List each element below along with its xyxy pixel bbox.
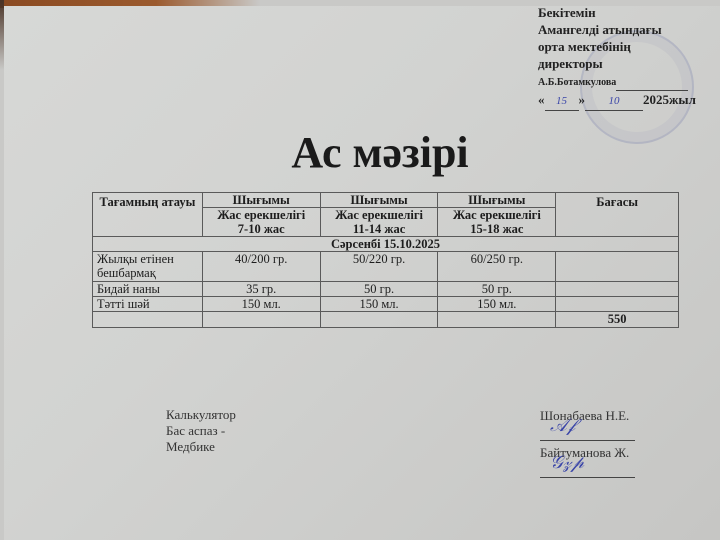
- header-dish-name: Тағамның атауы: [93, 193, 203, 237]
- header-age-group-1: Жас ерекшелігі7-10 жас: [202, 208, 320, 237]
- signature-line-2: 𝒢𝓏𝓅: [540, 461, 635, 478]
- portion-7-10: 40/200 гр.: [202, 252, 320, 282]
- approval-line-1: Бекітемін: [538, 4, 718, 21]
- approval-block: Бекітемін Амангелді атындағы орта мектеб…: [538, 4, 718, 111]
- header-age-group-2: Жас ерекшелігі11-14 жас: [320, 208, 438, 237]
- footer-roles: Калькулятор Бас аспаз - Медбике: [166, 407, 236, 455]
- price: [556, 282, 679, 297]
- portion-7-10: 150 мл.: [202, 297, 320, 312]
- date-day: 15: [556, 95, 567, 107]
- role-calculator: Калькулятор: [166, 407, 236, 423]
- portion-11-14: 50/220 гр.: [320, 252, 438, 282]
- total-row: 550: [93, 312, 679, 328]
- director-name: А.Б.Ботамкулова: [538, 77, 616, 88]
- approval-line-3: орта мектебінің: [538, 38, 718, 55]
- header-age-group-3: Жас ерекшелігі15-18 жас: [438, 208, 556, 237]
- header-row-1: Тағамның атауы Шығымы Шығымы Шығымы Баға…: [93, 193, 679, 208]
- date-year: 2025жыл: [643, 92, 696, 107]
- document-title: Ас мәзірі: [0, 128, 720, 178]
- table-row: Бидай наны 35 гр. 50 гр. 50 гр.: [93, 282, 679, 297]
- day-row: Сәрсенбі 15.10.2025: [93, 237, 679, 252]
- table-row: Жылқы етінен бешбармақ 40/200 гр. 50/220…: [93, 252, 679, 282]
- portion-15-18: 150 мл.: [438, 297, 556, 312]
- price: [556, 297, 679, 312]
- date-month: 10: [609, 95, 620, 107]
- dish-name: Тәтті шәй: [93, 297, 203, 312]
- header-price: Бағасы: [556, 193, 679, 237]
- table-row: Тәтті шәй 150 мл. 150 мл. 150 мл.: [93, 297, 679, 312]
- header-output-1: Шығымы: [202, 193, 320, 208]
- menu-table: Тағамның атауы Шығымы Шығымы Шығымы Баға…: [92, 192, 679, 328]
- price: [556, 252, 679, 282]
- header-output-3: Шығымы: [438, 193, 556, 208]
- footer-signatures: Шонабаева Н.Е. 𝒜𝒻 Байтуманова Ж. 𝒢𝓏𝓅: [540, 408, 640, 478]
- approval-date: «15»102025жыл: [538, 91, 718, 111]
- portion-15-18: 60/250 гр.: [438, 252, 556, 282]
- director-signature-line: А.Б.Ботамкулова: [538, 72, 718, 91]
- approval-line-4: директоры: [538, 55, 718, 72]
- director-signature: [616, 72, 688, 91]
- header-output-2: Шығымы: [320, 193, 438, 208]
- portion-11-14: 150 мл.: [320, 297, 438, 312]
- portion-15-18: 50 гр.: [438, 282, 556, 297]
- signature-1: 𝒜𝒻: [550, 418, 575, 434]
- total-empty: [93, 312, 203, 328]
- signature-2: 𝒢𝓏𝓅: [550, 455, 584, 471]
- role-head-chef: Бас аспаз -: [166, 423, 236, 439]
- portion-7-10: 35 гр.: [202, 282, 320, 297]
- role-nurse: Медбике: [166, 439, 236, 455]
- day-label: Сәрсенбі 15.10.2025: [93, 237, 679, 252]
- signature-line-1: 𝒜𝒻: [540, 424, 635, 441]
- dish-name: Жылқы етінен бешбармақ: [93, 252, 203, 282]
- dish-name: Бидай наны: [93, 282, 203, 297]
- approval-line-2: Амангелді атындағы: [538, 21, 718, 38]
- portion-11-14: 50 гр.: [320, 282, 438, 297]
- total-price: 550: [556, 312, 679, 328]
